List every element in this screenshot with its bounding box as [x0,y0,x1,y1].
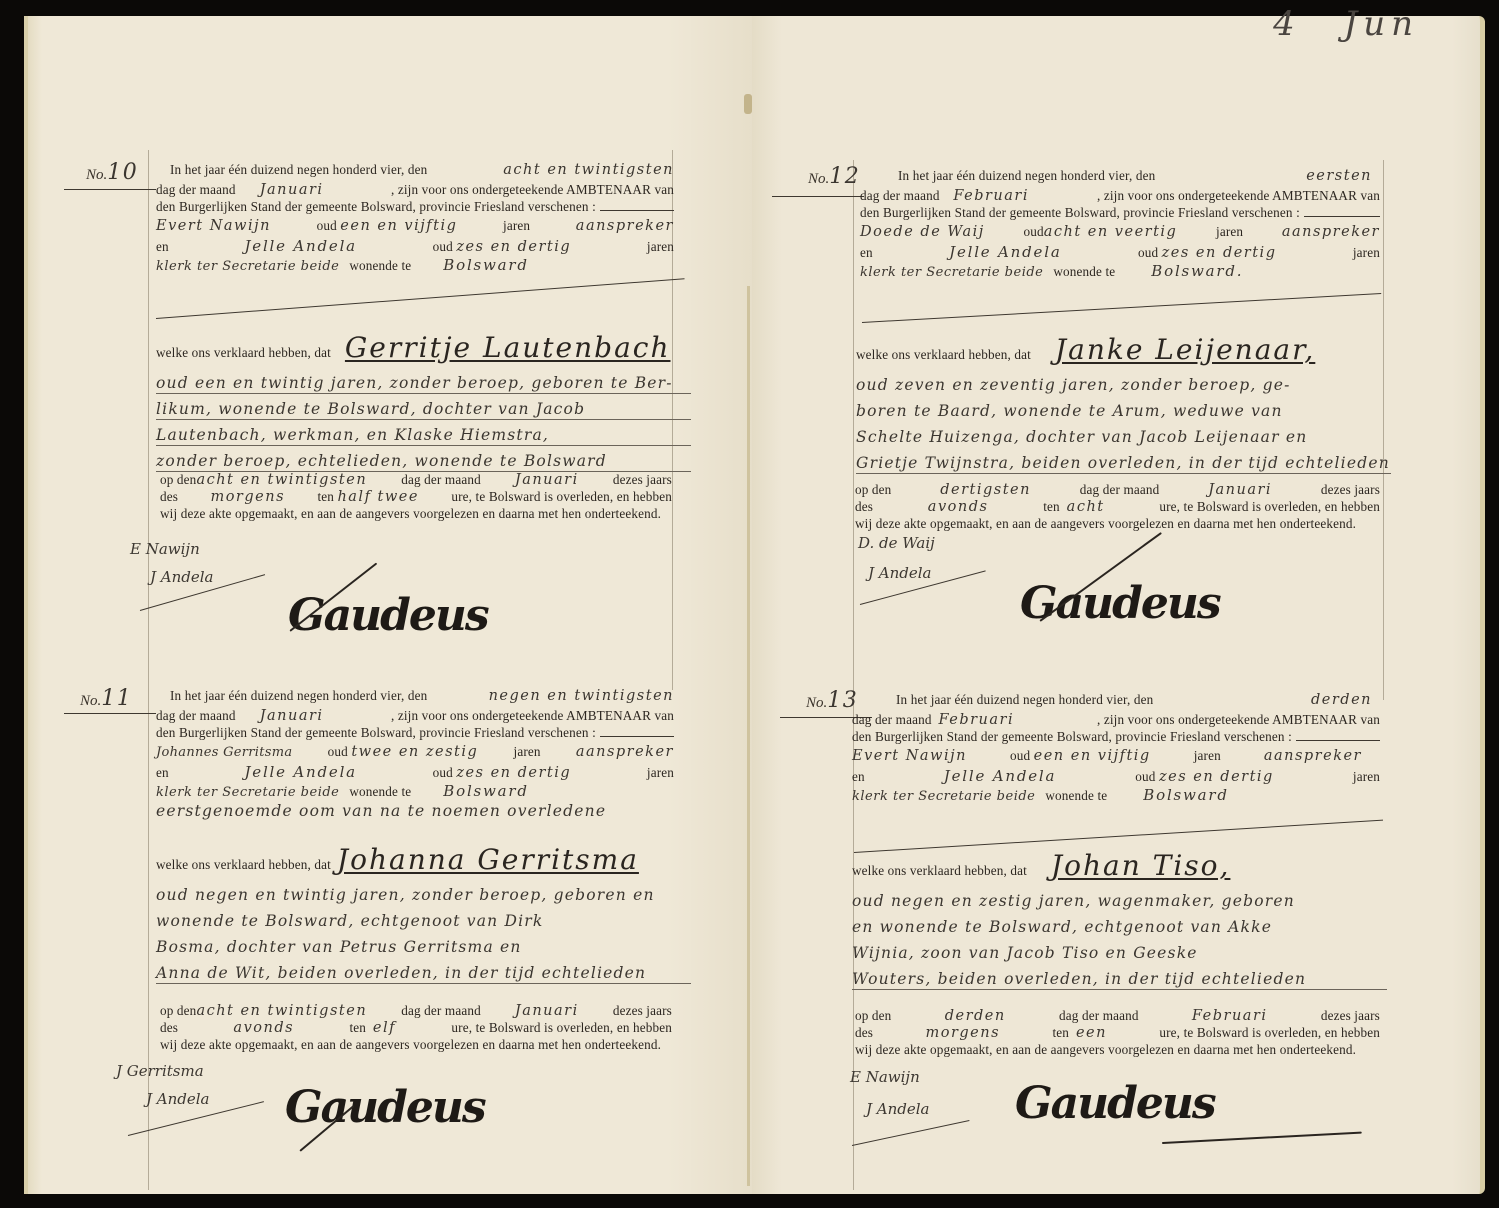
detail-line: Bosma, dochter van Petrus Gerritsma en [156,938,691,957]
day-written: eersten [1306,168,1372,184]
record-number-rule [64,189,156,190]
record-number: No.13 [806,688,858,713]
month-written: Januari [260,708,324,724]
witness2-name: Jelle Andela [949,244,1061,260]
witness-signature: J Andela [146,1090,210,1108]
witness1-name: Doede de Waij [860,224,985,240]
detail-line: Anna de Wit, beiden overleden, in der ti… [156,964,691,984]
deceased-name: Janke Leijenaar, [1055,342,1315,358]
deceased-name: Gerritje Lautenbach [345,340,671,356]
binding-thread-knot [744,94,752,114]
witness1-name: Johannes Gerritsma [156,745,292,761]
detail-line: en wonende te Bolsward, echtgenoot van A… [852,918,1387,937]
residence: Bolsward [443,783,529,799]
detail-line: wonende te Bolsward, echtgenoot van Dirk [156,912,691,931]
record-number-rule [64,713,156,714]
detail-line: oud een en twintig jaren, zonder beroep,… [156,374,691,394]
detail-line: Lautenbach, werkman, en Klaske Hiemstra, [156,426,691,446]
witness-signature: J Andela [150,568,214,586]
book-spine [747,286,750,1186]
official-signature: Gaudeus [1020,578,1220,629]
page-header-note: 4 Jun [1273,4,1419,44]
record-number: No.10 [86,160,138,185]
witness-signature: J Gerritsma [116,1062,204,1080]
deceased-name: Johan Tiso, [1051,858,1231,874]
detail-line: oud negen en twintig jaren, zonder beroe… [156,886,691,905]
witness-signature: E Nawijn [130,540,200,558]
record-number-rule [772,196,864,197]
margin-rule [853,160,854,1190]
detail-line: oud zeven en zeventig jaren, zonder bero… [856,376,1391,395]
official-signature: Gaudeus [288,590,488,641]
detail-line: Schelte Huizenga, dochter van Jacob Leij… [856,428,1391,447]
detail-line: Wijnia, zoon van Jacob Tiso en Geeske [852,944,1387,963]
witness-signature: J Andela [868,564,932,582]
detail-line: likum, wonende te Bolsward, dochter van … [156,400,691,420]
detail-line: oud negen en zestig jaren, wagenmaker, g… [852,892,1387,911]
day-written: negen en twintigsten [489,688,674,704]
month-written: Februari [953,188,1029,204]
residence: Bolsward. [1151,263,1243,279]
witness-signature: E Nawijn [850,1068,920,1086]
detail-line: zonder beroep, echtelieden, wonende te B… [156,452,691,472]
official-signature: Gaudeus [1015,1078,1215,1129]
witness-signature: D. de Waij [858,534,935,552]
month-written: Februari [938,712,1014,728]
witness-signature: J Andela [866,1100,930,1118]
header-initials: Jun [1344,4,1419,44]
page-number: 4 [1273,4,1301,44]
residence: Bolsward [443,257,529,273]
witness2-name: Jelle Andela [244,238,356,254]
day-written: acht en twintigsten [503,162,674,178]
extra-note: eerstgenoemde oom van na te noemen overl… [156,802,691,821]
month-written: Januari [260,182,324,198]
detail-line: boren te Baard, wonende te Arum, weduwe … [856,402,1391,421]
detail-line: Wouters, beiden overleden, in der tijd e… [852,970,1387,990]
day-written: derden [1311,692,1372,708]
deceased-name: Johanna Gerritsma [337,852,639,868]
witness1-name: Evert Nawijn [156,218,271,234]
witness2-name: Jelle Andela [944,768,1056,784]
official-signature: Gaudeus [285,1082,485,1133]
witness2-name: Jelle Andela [244,764,356,780]
record-number: No.12 [808,164,860,189]
margin-rule [148,150,149,1190]
residence: Bolsward [1143,787,1229,803]
detail-line: Grietje Twijnstra, beiden overleden, in … [856,454,1391,474]
witness1-name: Evert Nawijn [852,748,967,764]
record-number: No.11 [80,686,132,711]
